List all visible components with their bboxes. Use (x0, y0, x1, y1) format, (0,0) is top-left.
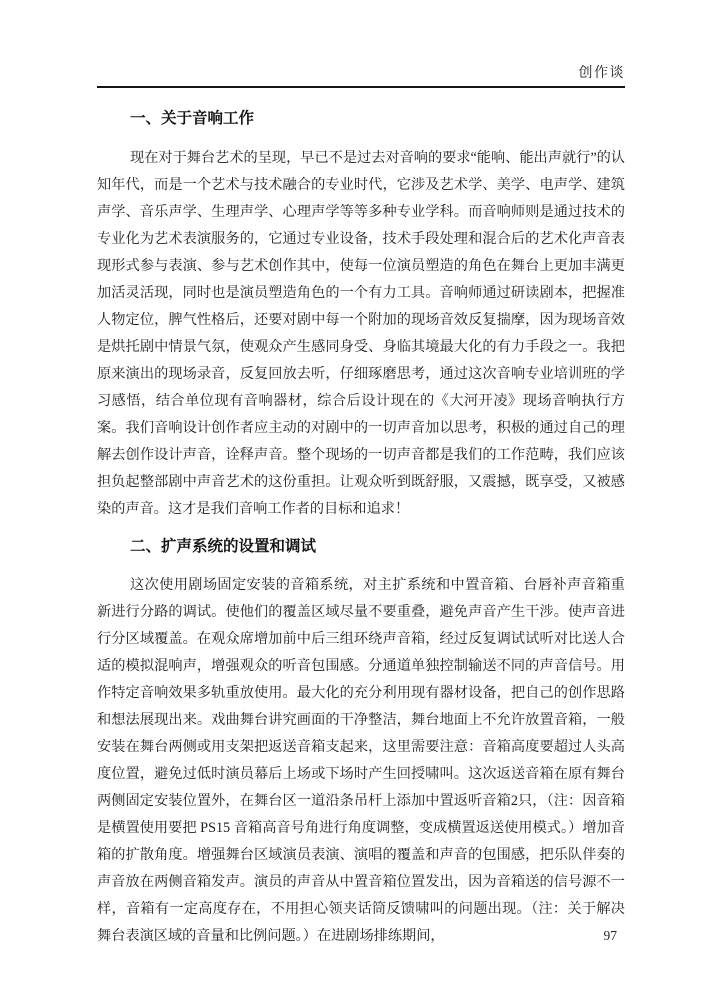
document-page: 创作谈 一、关于音响工作 现在对于舞台艺术的呈现，早已不是过去对音响的要求“能响… (0, 0, 722, 1005)
section-heading-pa-system: 二、扩声系统的设置和调试 (97, 536, 625, 558)
section-paragraph-sound-work: 现在对于舞台艺术的呈现，早已不是过去对音响的要求“能响、能出声就行”的认知年代，… (97, 145, 625, 523)
page-content: 一、关于音响工作 现在对于舞台艺术的呈现，早已不是过去对音响的要求“能响、能出声… (97, 108, 625, 950)
page-number: 97 (97, 928, 617, 944)
section-paragraph-pa-system: 这次使用剧场固定安装的音箱系统，对主扩系统和中置音箱、台唇补声音箱重新进行分路的… (97, 572, 625, 950)
header-rule (97, 86, 625, 88)
section-heading-sound-work: 一、关于音响工作 (97, 108, 625, 130)
running-header: 创作谈 (97, 62, 625, 82)
running-header-title: 创作谈 (579, 66, 626, 81)
